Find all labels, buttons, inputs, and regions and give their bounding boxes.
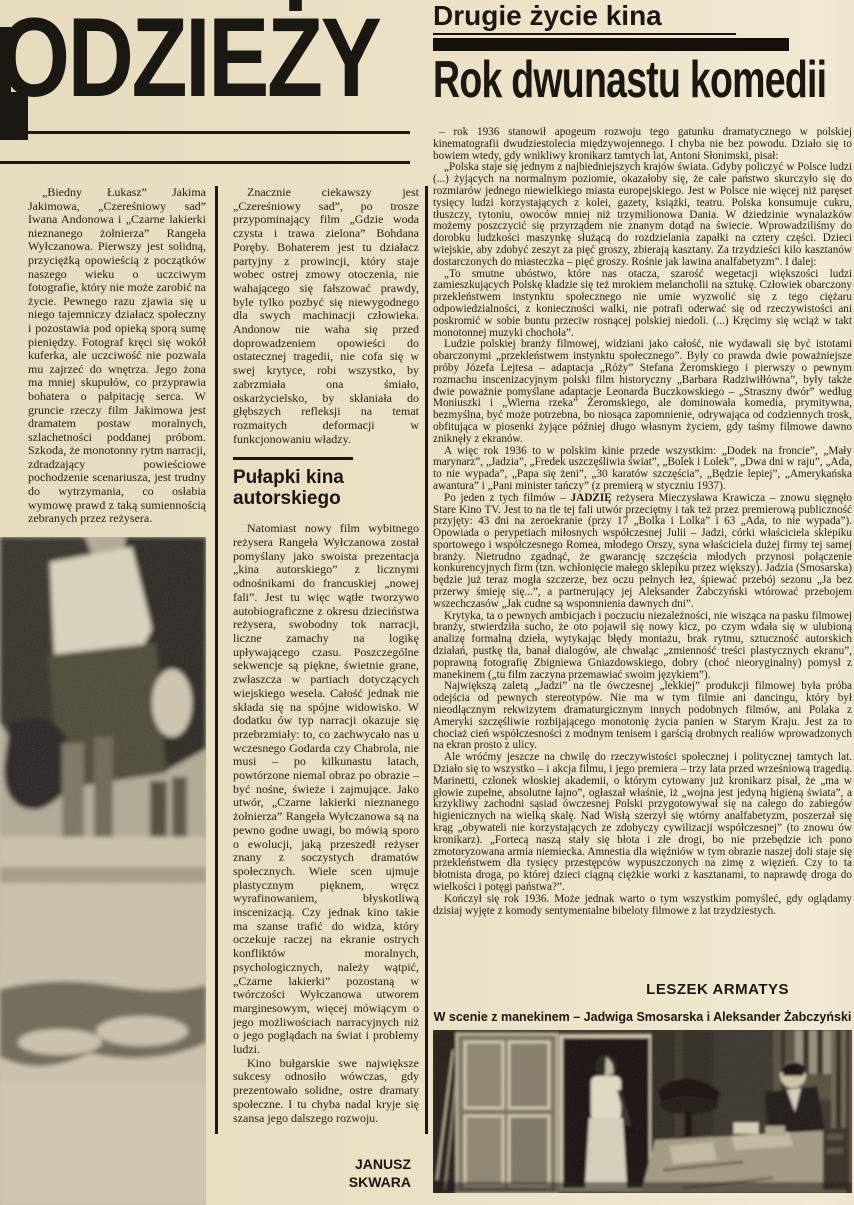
right-paragraph: Największą zaletą „Jadzi” na tle ówczesn…	[433, 681, 852, 752]
paragraph-text: Po jeden z tych filmów –	[444, 492, 571, 504]
header-bar	[433, 38, 789, 51]
column-rule	[215, 186, 218, 1134]
photo-caption: W scenie z manekinem – Jadwiga Smosarska…	[433, 1010, 852, 1024]
right-paragraph: A więc rok 1936 to w polskim kinie przed…	[433, 446, 852, 493]
article-title: Rok dwunastu komedii	[433, 54, 826, 106]
divider	[0, 161, 410, 164]
byline-line: SKWARA	[233, 1173, 411, 1191]
film-still-illustration	[433, 1030, 852, 1193]
street-scene-photo	[0, 537, 206, 1205]
middle-paragraph: Natomiast nowy film wybitnego reżysera R…	[233, 522, 419, 1056]
right-paragraph: Ludzie polskiej branży filmowej, widzian…	[433, 339, 852, 445]
middle-paragraph: Kino bułgarskie swe największe sukcesy o…	[233, 1057, 419, 1126]
column-rule	[425, 186, 428, 1134]
right-column: – rok 1936 stanowił apogeum rozwoju tego…	[433, 127, 852, 917]
right-paragraph: Po jeden z tych filmów – JADZIĘ reżysera…	[433, 493, 852, 611]
cropped-letter-fragment	[0, 27, 11, 101]
page-title: ŁODZIEŻY	[0, 2, 379, 114]
film-still-photo	[433, 1030, 852, 1193]
paragraph-text: reżysera Mieczysława Krawicza – znowu si…	[433, 492, 852, 610]
divider	[433, 33, 736, 35]
street-scene-illustration	[0, 537, 206, 1205]
right-paragraph: Krytyka, ta o pewnych ambicjach i poczuc…	[433, 611, 852, 682]
left-column-text: „Biedny Łukasz” Jakima Jakimowa, „Czereś…	[28, 186, 206, 526]
film-title-emphasis: JADZIĘ	[571, 492, 612, 504]
middle-column: Znacznie ciekawszy jest „Czereśniowy sad…	[233, 186, 419, 1191]
right-paragraph: – rok 1936 stanowił apogeum rozwoju tego…	[433, 127, 852, 162]
left-column: „Biedny Łukasz” Jakima Jakimowa, „Czereś…	[28, 186, 206, 526]
byline-line: JANUSZ	[233, 1155, 411, 1173]
divider	[0, 131, 410, 134]
author-byline: LESZEK ARMATYS	[433, 981, 789, 998]
right-paragraph: Ale wróćmy jeszcze na chwilę do rzeczywi…	[433, 752, 852, 894]
subheading: Pułapki kina autorskiego	[233, 457, 353, 509]
section-header: Drugie życie kina	[433, 0, 662, 32]
right-paragraph: „To smutne ubóstwo, które nas otacza, sz…	[433, 269, 852, 340]
magazine-page: ŁODZIEŻY „Biedny Łukasz” Jakima Jakimowa…	[0, 0, 854, 1205]
right-paragraph: Kończył się rok 1936. Może jednak warto …	[433, 894, 852, 918]
right-paragraph: „Polska staje się jednym z najbiedniejsz…	[433, 162, 852, 268]
middle-paragraph: Znacznie ciekawszy jest „Czereśniowy sad…	[233, 186, 419, 446]
author-byline: JANUSZ SKWARA	[233, 1155, 419, 1191]
